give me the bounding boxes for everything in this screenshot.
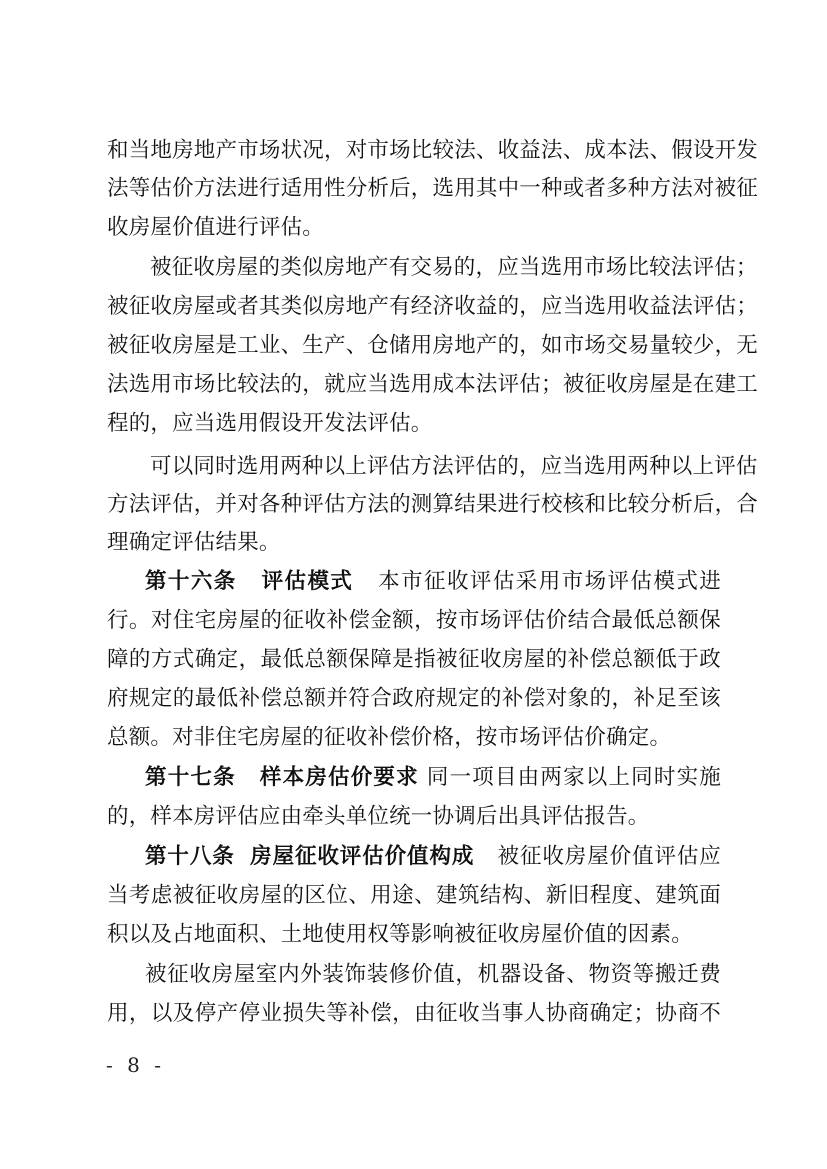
article-title: 评估模式 — [262, 569, 354, 594]
article-title: 样本房估价要求 — [260, 765, 419, 790]
article-text: 被征收房屋价值评估应 — [498, 844, 721, 869]
article-16-heading-line: 第十六条 评估模式 本市征收评估采用市场评估模式进 — [145, 567, 721, 597]
paragraph-line: 程的，应当选用假设开发法评估。 — [107, 409, 721, 439]
page-number: - 8 - — [106, 1053, 165, 1077]
paragraph-line: 用，以及停产停业损失等补偿，由征收当事人协商确定；协商不 — [107, 999, 721, 1029]
paragraph-line: 的，样本房评估应由牵头单位统一协调后出具评估报告。 — [107, 802, 721, 832]
paragraph-line: 法等估价方法进行适用性分析后，选用其中一种或者多种方法对被征 — [107, 174, 721, 204]
article-text: 同一项目由两家以上同时实施 — [427, 765, 721, 790]
paragraph-line: 被征收房屋是工业、生产、仓储用房地产的，如市场交易量较少，无 — [107, 331, 721, 361]
paragraph-line: 总额。对非住宅房屋的征收补偿价格，按市场评估价确定。 — [107, 723, 721, 753]
article-number: 第十八条 — [145, 844, 235, 869]
paragraph-line: 府规定的最低补偿总额并符合政府规定的补偿对象的，补足至该 — [107, 684, 721, 714]
paragraph-line: 收房屋价值进行评估。 — [107, 213, 721, 243]
paragraph-line: 被征收房屋或者其类似房地产有经济收益的，应当选用收益法评估； — [107, 292, 721, 322]
article-title: 房屋征收评估价值构成 — [250, 844, 474, 869]
paragraph-line: 障的方式确定，最低总额保障是指被征收房屋的补偿总额低于政 — [107, 645, 721, 675]
paragraph-line: 当考虑被征收房屋的区位、用途、建筑结构、新旧程度、建筑面 — [107, 881, 721, 911]
article-17-heading-line: 第十七条 样本房估价要求 同一项目由两家以上同时实施 — [145, 763, 721, 793]
paragraph-line: 行。对住宅房屋的征收补偿金额，按市场评估价结合最低总额保 — [107, 606, 721, 636]
paragraph-line: 方法评估，并对各种评估方法的测算结果进行校核和比较分析后，合 — [107, 490, 721, 520]
paragraph-line: 理确定评估结果。 — [107, 528, 721, 558]
paragraph-line: 被征收房屋的类似房地产有交易的，应当选用市场比较法评估； — [150, 253, 721, 283]
document-page: 和当地房地产市场状况，对市场比较法、收益法、成本法、假设开发 法等估价方法进行适… — [0, 0, 827, 1169]
article-text: 本市征收评估采用市场评估模式进 — [378, 569, 721, 594]
paragraph-line: 可以同时选用两种以上评估方法评估的，应当选用两种以上评估 — [150, 452, 721, 482]
article-18-heading-line: 第十八条 房屋征收评估价值构成 被征收房屋价值评估应 — [145, 842, 721, 872]
article-number: 第十七条 — [145, 765, 236, 790]
paragraph-line: 法选用市场比较法的，就应当选用成本法评估；被征收房屋是在建工 — [107, 370, 721, 400]
paragraph-line: 和当地房地产市场状况，对市场比较法、收益法、成本法、假设开发 — [107, 136, 721, 166]
paragraph-line: 被征收房屋室内外装饰装修价值，机器设备、物资等搬迁费 — [145, 960, 721, 990]
paragraph-line: 积以及占地面积、土地使用权等影响被征收房屋价值的因素。 — [107, 920, 721, 950]
article-number: 第十六条 — [145, 569, 237, 594]
